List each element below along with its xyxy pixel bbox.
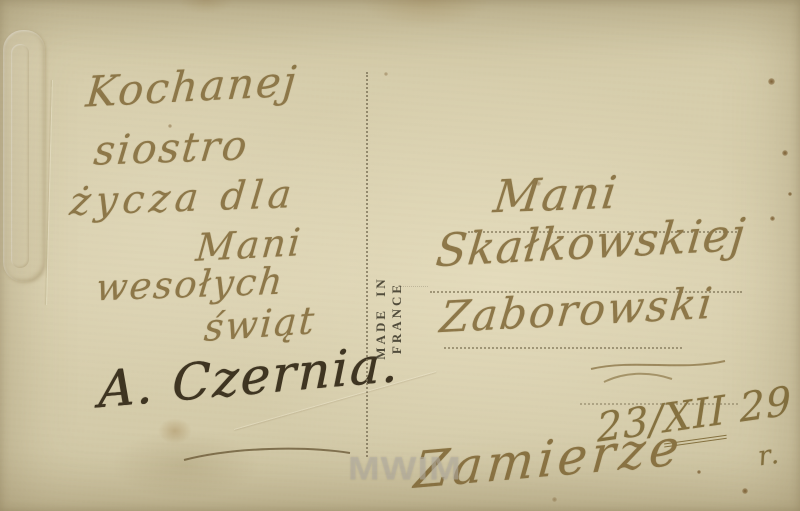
foxing-spot (770, 216, 775, 221)
foxing-spot (768, 78, 775, 85)
museum-watermark: MWIM (348, 451, 462, 488)
foxing-spot (782, 150, 788, 156)
message-line-6: świąt (203, 298, 318, 350)
stain (178, 0, 234, 14)
made-in-france-imprint: MADE IN FRANCE (373, 238, 393, 398)
address-dotted-line-3 (444, 347, 682, 349)
card-edge-crease (46, 80, 53, 305)
stain (158, 418, 192, 444)
foxing-spot (742, 488, 748, 494)
stain (360, 0, 490, 28)
message-line-3: życza dla (68, 172, 299, 225)
foxing-spot (384, 72, 388, 76)
message-line-2: siostro (92, 121, 252, 175)
date-top-flourish (602, 370, 674, 386)
foxing-spot (552, 497, 557, 502)
address-line-2: Skałkowskiej (433, 208, 748, 278)
address-underline-flourish (588, 356, 728, 374)
embossed-photographer-stamp (3, 30, 45, 282)
small-dash-marks (398, 286, 428, 287)
date-suffix: r. (756, 439, 783, 473)
foxing-spot (697, 470, 701, 474)
foxing-spot (788, 192, 792, 196)
signature-underline-flourish (180, 444, 355, 466)
sender-signature: A. Czernia. (98, 335, 400, 420)
date-year: 29 (725, 378, 793, 433)
center-divider-dotted-line (366, 72, 368, 457)
foxing-spot (536, 181, 541, 186)
message-line-1: Kochanej (84, 56, 300, 116)
foxing-spot (168, 124, 172, 128)
address-line-3: Zaborowski (438, 279, 717, 344)
postcard-back: Kochanej siostro życza dla Mani wesołych… (0, 0, 800, 511)
stain (110, 430, 260, 500)
